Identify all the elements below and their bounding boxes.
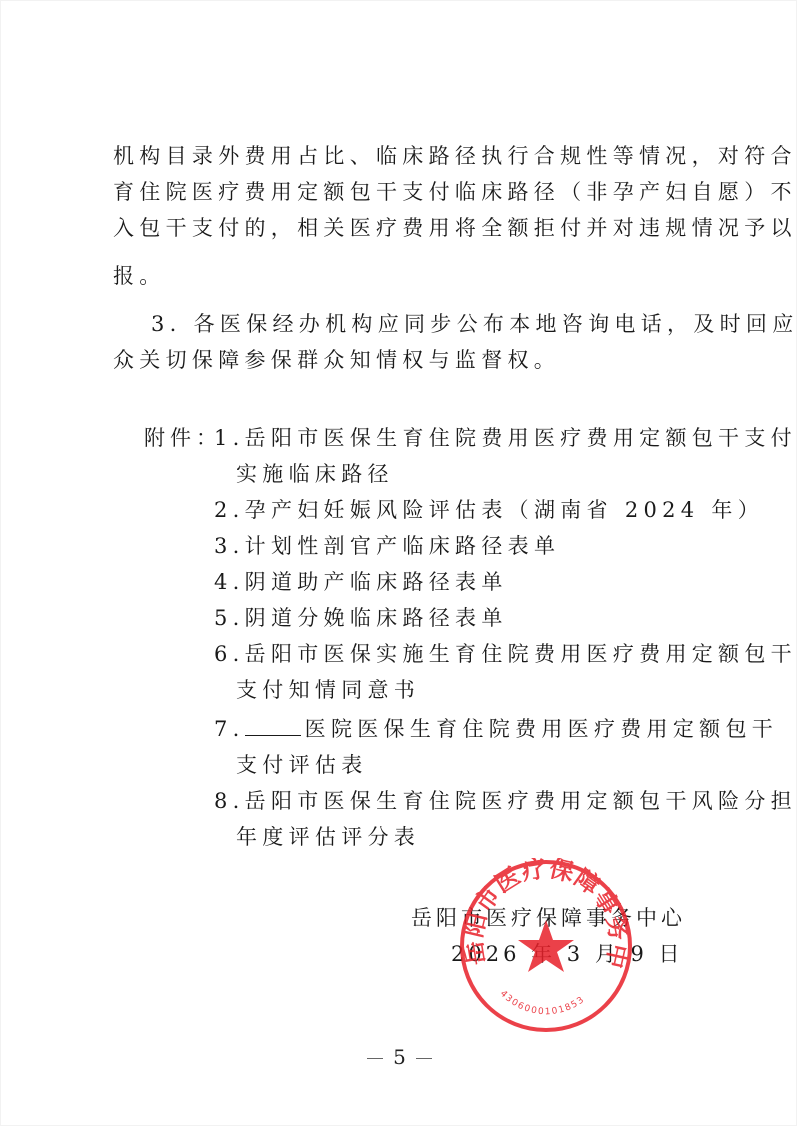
attachment-number: 3. <box>214 534 245 558</box>
body-text-line: 育住院医疗费用定额包干支付临床路径（非孕产妇自愿）不纳 <box>113 180 693 204</box>
attachment-item-4: 4.阴道助产临床路径表单 <box>214 570 508 594</box>
attachment-item-3: 3.计划性剖官产临床路径表单 <box>214 534 560 558</box>
seal-code: 4306000101853 <box>498 989 587 1017</box>
body-text-line: 众关切保障参保群众知情权与监督权。 <box>113 348 693 372</box>
body-text-line: 报。 <box>113 264 693 288</box>
attachment-title: 岳阳市医保实施生育住院费用医疗费用定额包干 <box>245 642 797 666</box>
body-text-line: 入包干支付的，相关医疗费用将全额拒付并对违规情况予以通 <box>113 216 693 240</box>
attachment-item-6-continued: 支付知情同意书 <box>236 678 420 702</box>
attachment-number: 1. <box>214 426 245 450</box>
attachment-title: 孕产妇妊娠风险评估表（湖南省 2024 年） <box>245 498 764 522</box>
document-page: 机构目录外费用占比、临床路径执行合规性等情况，对符合生 育住院医疗费用定额包干支… <box>0 0 797 1126</box>
svg-text:4306000101853: 4306000101853 <box>498 989 587 1017</box>
attachment-title: 岳阳市医保生育住院费用医疗费用定额包干支付 <box>245 426 797 450</box>
page-number: 5 <box>1 1045 797 1069</box>
attachment-item-7-continued: 支付评估表 <box>236 753 368 777</box>
attachment-item-1: 1.岳阳市医保生育住院费用医疗费用定额包干支付 <box>214 426 797 450</box>
attachment-number: 8. <box>214 789 245 813</box>
attachments-label: 附件： <box>144 426 222 450</box>
official-seal-icon: 岳阳市医疗保障事务中心 4306000101853 <box>458 858 634 1034</box>
attachment-title: 计划性剖官产临床路径表单 <box>245 534 561 558</box>
attachment-item-5: 5.阴道分娩临床路径表单 <box>214 606 508 630</box>
dash-left <box>367 1058 383 1059</box>
attachment-item-6: 6.岳阳市医保实施生育住院费用医疗费用定额包干 <box>214 642 797 666</box>
attachment-number: 6. <box>214 642 245 666</box>
attachment-number: 5. <box>214 606 245 630</box>
attachment-title: 阴道助产临床路径表单 <box>245 570 508 594</box>
attachment-title: 岳阳市医保生育住院医疗费用定额包干风险分担 <box>245 789 797 813</box>
attachment-title: 医院医保生育住院费用医疗费用定额包干 <box>305 717 778 741</box>
attachment-number: 7. <box>214 717 245 741</box>
attachment-number: 4. <box>214 570 245 594</box>
body-text-line: 机构目录外费用占比、临床路径执行合规性等情况，对符合生 <box>113 144 693 168</box>
dash-right <box>416 1058 432 1059</box>
attachment-title: 阴道分娩临床路径表单 <box>245 606 508 630</box>
attachment-item-1-continued: 实施临床路径 <box>236 462 394 486</box>
page-number-value: 5 <box>393 1045 406 1069</box>
attachment-item-8: 8.岳阳市医保生育住院医疗费用定额包干风险分担 <box>214 789 797 813</box>
attachment-item-2: 2.孕产妇妊娠风险评估表（湖南省 2024 年） <box>214 498 764 522</box>
attachment-item-8-continued: 年度评估评分表 <box>236 825 420 849</box>
attachment-item-7: 7.医院医保生育住院费用医疗费用定额包干 <box>214 717 778 741</box>
attachment-number: 2. <box>214 498 245 522</box>
fill-in-blank <box>245 717 301 736</box>
body-text-line: 3. 各医保经办机构应同步公布本地咨询电话，及时回应群 <box>151 312 731 336</box>
